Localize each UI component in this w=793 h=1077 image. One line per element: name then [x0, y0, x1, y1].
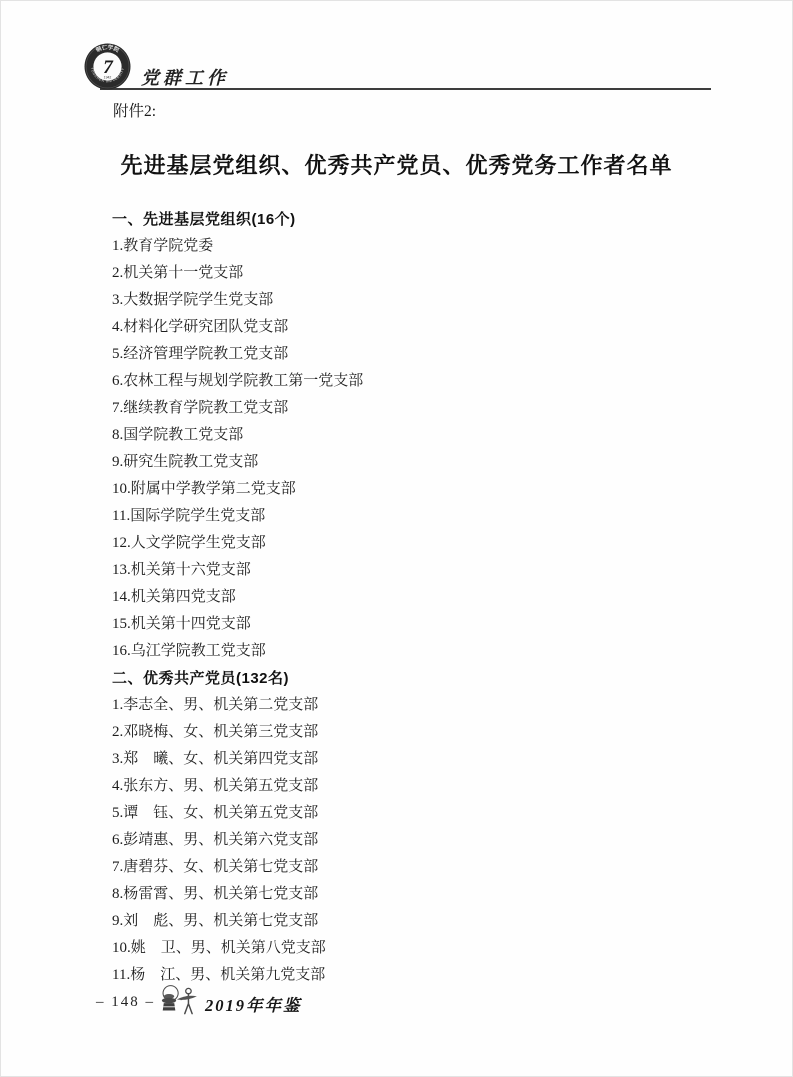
header-rule [100, 88, 711, 90]
yearbook-mascot-icon [158, 983, 200, 1017]
list-item: 9.刘 彪、男、机关第七党支部 [112, 908, 672, 935]
list-item: 8.杨雷霄、男、机关第七党支部 [112, 881, 672, 908]
list-item: 6.农林工程与规划学院教工第一党支部 [112, 368, 672, 395]
list-item: 15.机关第十四党支部 [112, 611, 672, 638]
list-item: 13.机关第十六党支部 [112, 557, 672, 584]
list-item: 8.国学院教工党支部 [112, 422, 672, 449]
page-footer: – 148 – 2019年年鉴 [0, 982, 793, 1022]
list-item: 9.研究生院教工党支部 [112, 449, 672, 476]
university-seal-icon: 铜仁学院 TONGREN UNIVERSITY 7 1942 [84, 43, 131, 90]
yearbook-label: 2019年年鉴 [205, 992, 302, 1016]
header-section-label: 党群工作 [141, 64, 229, 90]
list-item: 4.张东方、男、机关第五党支部 [112, 773, 672, 800]
attachment-label: 附件2: [113, 99, 156, 121]
list-item: 2.机关第十一党支部 [112, 260, 672, 287]
section-heading-1: 一、先进基层党组织(16个) [112, 206, 672, 233]
list-item: 16.乌江学院教工党支部 [112, 638, 672, 665]
list-item: 1.李志全、男、机关第二党支部 [112, 692, 672, 719]
list-item: 10.附属中学教学第二党支部 [112, 476, 672, 503]
list-item: 5.经济管理学院教工党支部 [112, 341, 672, 368]
list-item: 6.彭靖惠、男、机关第六党支部 [112, 827, 672, 854]
name-list: 一、先进基层党组织(16个) 1.教育学院党委 2.机关第十一党支部 3.大数据… [112, 206, 672, 989]
document-title: 先进基层党组织、优秀共产党员、优秀党务工作者名单 [0, 149, 793, 180]
list-item: 5.谭 钰、女、机关第五党支部 [112, 800, 672, 827]
list-item: 1.教育学院党委 [112, 233, 672, 260]
list-item: 4.材料化学研究团队党支部 [112, 314, 672, 341]
svg-text:1942: 1942 [104, 76, 112, 80]
section-heading-2: 二、优秀共产党员(132名) [112, 665, 672, 692]
list-item: 11.国际学院学生党支部 [112, 503, 672, 530]
list-item: 3.郑 曦、女、机关第四党支部 [112, 746, 672, 773]
page-number: – 148 – [96, 994, 155, 1011]
list-item: 14.机关第四党支部 [112, 584, 672, 611]
list-item: 12.人文学院学生党支部 [112, 530, 672, 557]
list-item: 10.姚 卫、男、机关第八党支部 [112, 935, 672, 962]
list-item: 7.继续教育学院教工党支部 [112, 395, 672, 422]
list-item: 2.邓晓梅、女、机关第三党支部 [112, 719, 672, 746]
list-item: 7.唐碧芬、女、机关第七党支部 [112, 854, 672, 881]
list-item: 3.大数据学院学生党支部 [112, 287, 672, 314]
document-page: 铜仁学院 TONGREN UNIVERSITY 7 1942 党群工作 附件2:… [0, 0, 793, 1077]
